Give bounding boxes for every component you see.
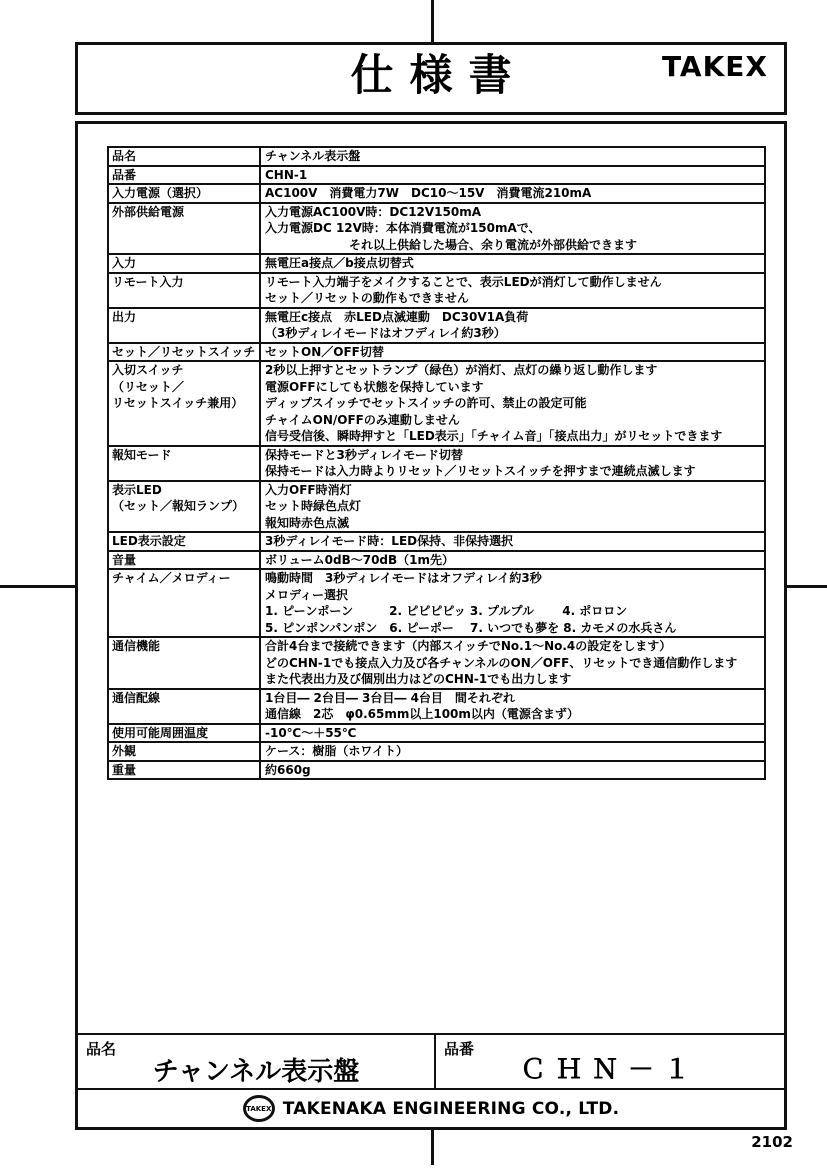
spec-value: -10℃～＋55℃ <box>261 725 764 742</box>
spec-value: 保持モードと3秒ディレイモード切替 保持モードは入力時よりリセット／リセットスイ… <box>261 447 764 480</box>
spec-label: チャイム／メロディー <box>109 570 261 636</box>
spec-value: 入力電源AC100V時：DC12V150mA 入力電源DC 12V時：本体消費電… <box>261 204 764 254</box>
spec-label: 外観 <box>109 743 261 760</box>
spec-value: 3秒ディレイモード時：LED保持、非保持選択 <box>261 533 764 550</box>
spec-value: 1台目― 2台目― 3台目― 4台目 間それぞれ 通信線 2芯 φ0.65mm以… <box>261 690 764 723</box>
spec-value: CHN-1 <box>261 167 764 184</box>
spec-row-appearance: 外観 ケース：樹脂（ホワイト） <box>109 741 764 760</box>
spec-label: 外部供給電源 <box>109 204 261 254</box>
spec-value: チャンネル表示盤 <box>261 148 764 165</box>
spec-row-product-name: 品名 チャンネル表示盤 <box>109 148 764 165</box>
spec-label: 通信配線 <box>109 690 261 723</box>
spec-row-output: 出力 無電圧c接点 赤LED点滅連動 DC30V1A負荷 （3秒ディレイモードは… <box>109 307 764 342</box>
spec-value: ケース：樹脂（ホワイト） <box>261 743 764 760</box>
spec-label: 音量 <box>109 552 261 569</box>
title-block-name-cell: 品名 チャンネル表示盤 <box>78 1035 436 1088</box>
spec-label: 通信機能 <box>109 638 261 688</box>
spec-value: 2秒以上押すとセットランプ（緑色）が消灯、点灯の繰り返し動作します 電源OFFに… <box>261 362 764 445</box>
spec-value: セットON／OFF切替 <box>261 344 764 361</box>
footer-band: TAKEX TAKENAKA ENGINEERING CO., LTD. <box>78 1090 784 1127</box>
spec-value: 合計4台まで接続できます（内部スイッチでNo.1～No.4の設定をします） どの… <box>261 638 764 688</box>
spec-row-comm-wiring: 通信配線 1台目― 2台目― 3台目― 4台目 間それぞれ 通信線 2芯 φ0.… <box>109 688 764 723</box>
crop-mark-bottom <box>431 1128 434 1165</box>
spec-value: AC100V 消費電力7W DC10～15V 消費電流210mA <box>261 185 764 202</box>
spec-label: 重量 <box>109 762 261 779</box>
spec-label: 入力 <box>109 255 261 272</box>
spec-value: リモート入力端子をメイクすることで、表示LEDが消灯して動作しません セット／リ… <box>261 274 764 307</box>
spec-row-operating-temperature: 使用可能周囲温度 -10℃～＋55℃ <box>109 723 764 742</box>
product-number-value: ＣＨＮ－１ <box>436 1049 784 1086</box>
spec-row-volume: 音量 ボリューム0dB～70dB（1m先） <box>109 550 764 569</box>
spec-label: 品番 <box>109 167 261 184</box>
spec-row-chime-melody: チャイム／メロディー 鳴動時間 3秒ディレイモードはオフディレイ約3秒 メロディ… <box>109 568 764 636</box>
title-block-row: 品名 チャンネル表示盤 品番 ＣＨＮ－１ <box>78 1033 784 1090</box>
spec-value: 鳴動時間 3秒ディレイモードはオフディレイ約3秒 メロディー選択 1. ピーンポ… <box>261 570 764 636</box>
spec-row-external-supply: 外部供給電源 入力電源AC100V時：DC12V150mA 入力電源DC 12V… <box>109 202 764 254</box>
spec-row-led-display-setting: LED表示設定 3秒ディレイモード時：LED保持、非保持選択 <box>109 531 764 550</box>
spec-row-set-reset-switch: セット／リセットスイッチ セットON／OFF切替 <box>109 342 764 361</box>
spec-row-alarm-mode: 報知モード 保持モードと3秒ディレイモード切替 保持モードは入力時よりリセット／… <box>109 445 764 480</box>
spec-value: 無電圧c接点 赤LED点滅連動 DC30V1A負荷 （3秒ディレイモードはオフデ… <box>261 309 764 342</box>
spec-label: 入力電源（選択） <box>109 185 261 202</box>
spec-row-communication: 通信機能 合計4台まで接続できます（内部スイッチでNo.1～No.4の設定をしま… <box>109 636 764 688</box>
page-number: 2102 <box>751 1133 793 1151</box>
title-block-number-cell: 品番 ＣＨＮ－１ <box>436 1035 784 1088</box>
brand-logo-text: TAKEX <box>662 50 768 83</box>
spec-label: 出力 <box>109 309 261 342</box>
spec-label: 報知モード <box>109 447 261 480</box>
spec-label: 使用可能周囲温度 <box>109 725 261 742</box>
spec-label: LED表示設定 <box>109 533 261 550</box>
spec-label: 入切スイッチ （リセット／ リセットスイッチ兼用） <box>109 362 261 445</box>
takex-logo-icon: TAKEX <box>243 1095 275 1122</box>
spec-value: 約660g <box>261 762 764 779</box>
product-name-value: チャンネル表示盤 <box>78 1051 434 1088</box>
spec-row-remote-input: リモート入力 リモート入力端子をメイクすることで、表示LEDが消灯して動作しませ… <box>109 272 764 307</box>
specification-table: 品名 チャンネル表示盤 品番 CHN-1 入力電源（選択） AC100V 消費電… <box>107 146 766 780</box>
spec-label: リモート入力 <box>109 274 261 307</box>
spec-value: 無電圧a接点／b接点切替式 <box>261 255 764 272</box>
header-box: 仕様書 TAKEX <box>75 42 787 115</box>
spec-label: セット／リセットスイッチ <box>109 344 261 361</box>
spec-row-input-power: 入力電源（選択） AC100V 消費電力7W DC10～15V 消費電流210m… <box>109 183 764 202</box>
crop-mark-top <box>431 0 434 44</box>
spec-value: 入力OFF時消灯 セット時緑色点灯 報知時赤色点滅 <box>261 482 764 532</box>
crop-mark-left <box>0 585 78 588</box>
spec-row-display-led: 表示LED （セット／報知ランプ） 入力OFF時消灯 セット時緑色点灯 報知時赤… <box>109 480 764 532</box>
spec-row-product-number: 品番 CHN-1 <box>109 165 764 184</box>
company-name: TAKENAKA ENGINEERING CO., LTD. <box>283 1099 620 1119</box>
spec-row-on-off-switch: 入切スイッチ （リセット／ リセットスイッチ兼用） 2秒以上押すとセットランプ（… <box>109 360 764 445</box>
spec-label: 品名 <box>109 148 261 165</box>
spec-row-input: 入力 無電圧a接点／b接点切替式 <box>109 253 764 272</box>
main-frame: 品名 チャンネル表示盤 品番 CHN-1 入力電源（選択） AC100V 消費電… <box>75 121 787 1130</box>
spec-row-weight: 重量 約660g <box>109 760 764 779</box>
spec-label: 表示LED （セット／報知ランプ） <box>109 482 261 532</box>
crop-mark-right <box>785 585 827 588</box>
title-block: 品名 チャンネル表示盤 品番 ＣＨＮ－１ TAKEX TAKENAKA ENGI… <box>78 1033 784 1127</box>
spec-value: ボリューム0dB～70dB（1m先） <box>261 552 764 569</box>
